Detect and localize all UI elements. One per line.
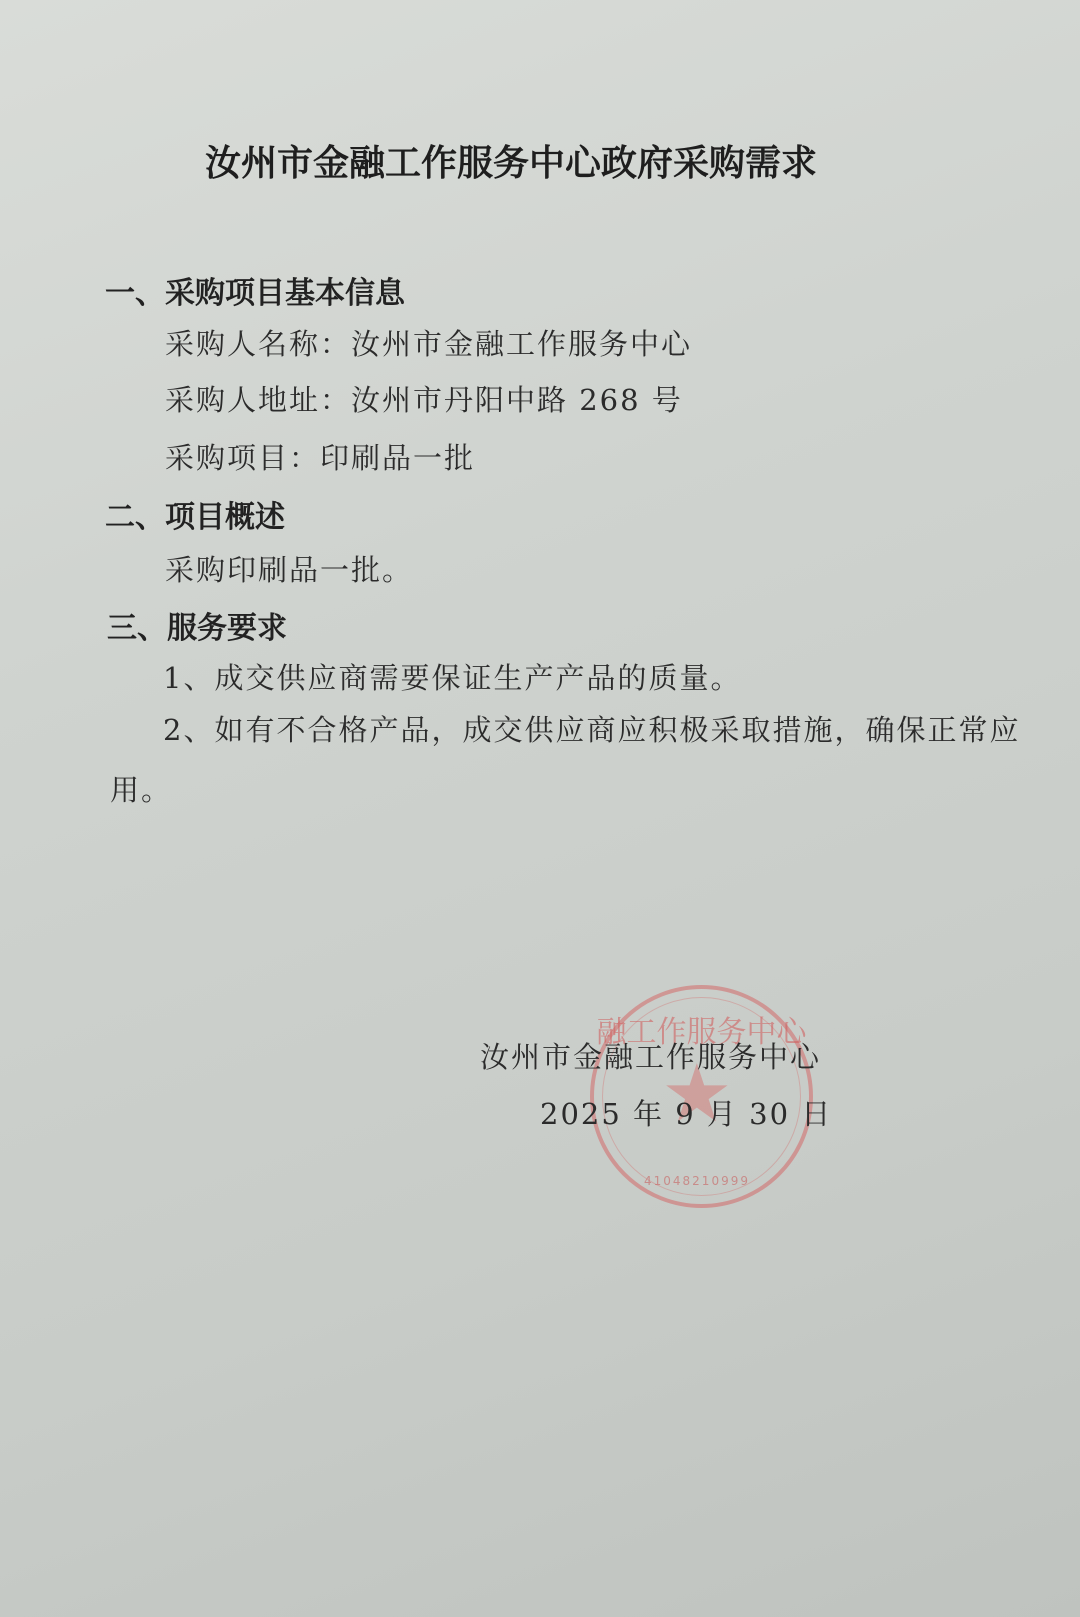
signature-date: 2025 年 9 月 30 日	[540, 1092, 832, 1133]
document-title: 汝州市金融工作服务中心政府采购需求	[205, 135, 817, 186]
seal-number: 41048210999	[644, 1174, 750, 1188]
section-heading-overview: 二、项目概述	[105, 492, 285, 536]
requirement-item-2: 2、如有不合格产品，成交供应商应积极采取措施，确保正常应	[163, 708, 1020, 749]
signature-organization: 汝州市金融工作服务中心	[480, 1035, 821, 1076]
section-heading-service-requirements: 三、服务要求	[107, 603, 287, 647]
purchaser-name-line: 采购人名称：汝州市金融工作服务中心	[165, 322, 692, 363]
requirement-item-1: 1、成交供应商需要保证生产产品的质量。	[163, 656, 741, 697]
overview-text: 采购印刷品一批。	[165, 548, 413, 589]
document-page: 汝州市金融工作服务中心政府采购需求 一、采购项目基本信息 采购人名称：汝州市金融…	[0, 0, 1080, 1617]
section-heading-basic-info: 一、采购项目基本信息	[105, 268, 405, 312]
requirement-item-2-continued: 用。	[110, 768, 172, 809]
purchase-project-line: 采购项目：印刷品一批	[165, 436, 475, 477]
purchaser-address-line: 采购人地址：汝州市丹阳中路 268 号	[165, 378, 683, 419]
